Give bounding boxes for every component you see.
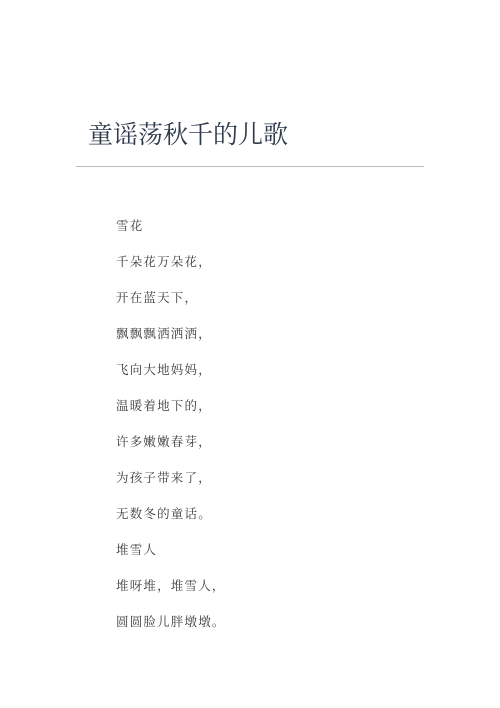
poem-body: 雪花 千朵花万朵花， 开在蓝天下， 飘飘飘洒洒洒， 飞向大地妈妈， 温暖着地下的…	[116, 218, 226, 650]
poem-line: 飞向大地妈妈，	[116, 362, 226, 398]
poem-line: 堆呀堆，堆雪人，	[116, 578, 226, 614]
document-page: 童谣荡秋千的儿歌 雪花 千朵花万朵花， 开在蓝天下， 飘飘飘洒洒洒， 飞向大地妈…	[0, 0, 500, 708]
poem-line: 温暖着地下的，	[116, 398, 226, 434]
poem-line: 圆圆脸儿胖墩墩。	[116, 614, 226, 650]
poem-line: 为孩子带来了，	[116, 470, 226, 506]
page-title: 童谣荡秋千的儿歌	[88, 117, 288, 153]
poem-line: 千朵花万朵花，	[116, 254, 226, 290]
poem-line: 无数冬的童话。	[116, 506, 226, 542]
title-divider	[76, 166, 424, 167]
poem-line: 开在蓝天下，	[116, 290, 226, 326]
poem-section-heading: 堆雪人	[116, 542, 226, 578]
poem-line: 许多嫩嫩春芽，	[116, 434, 226, 470]
poem-line: 飘飘飘洒洒洒，	[116, 326, 226, 362]
poem-section-heading: 雪花	[116, 218, 226, 254]
